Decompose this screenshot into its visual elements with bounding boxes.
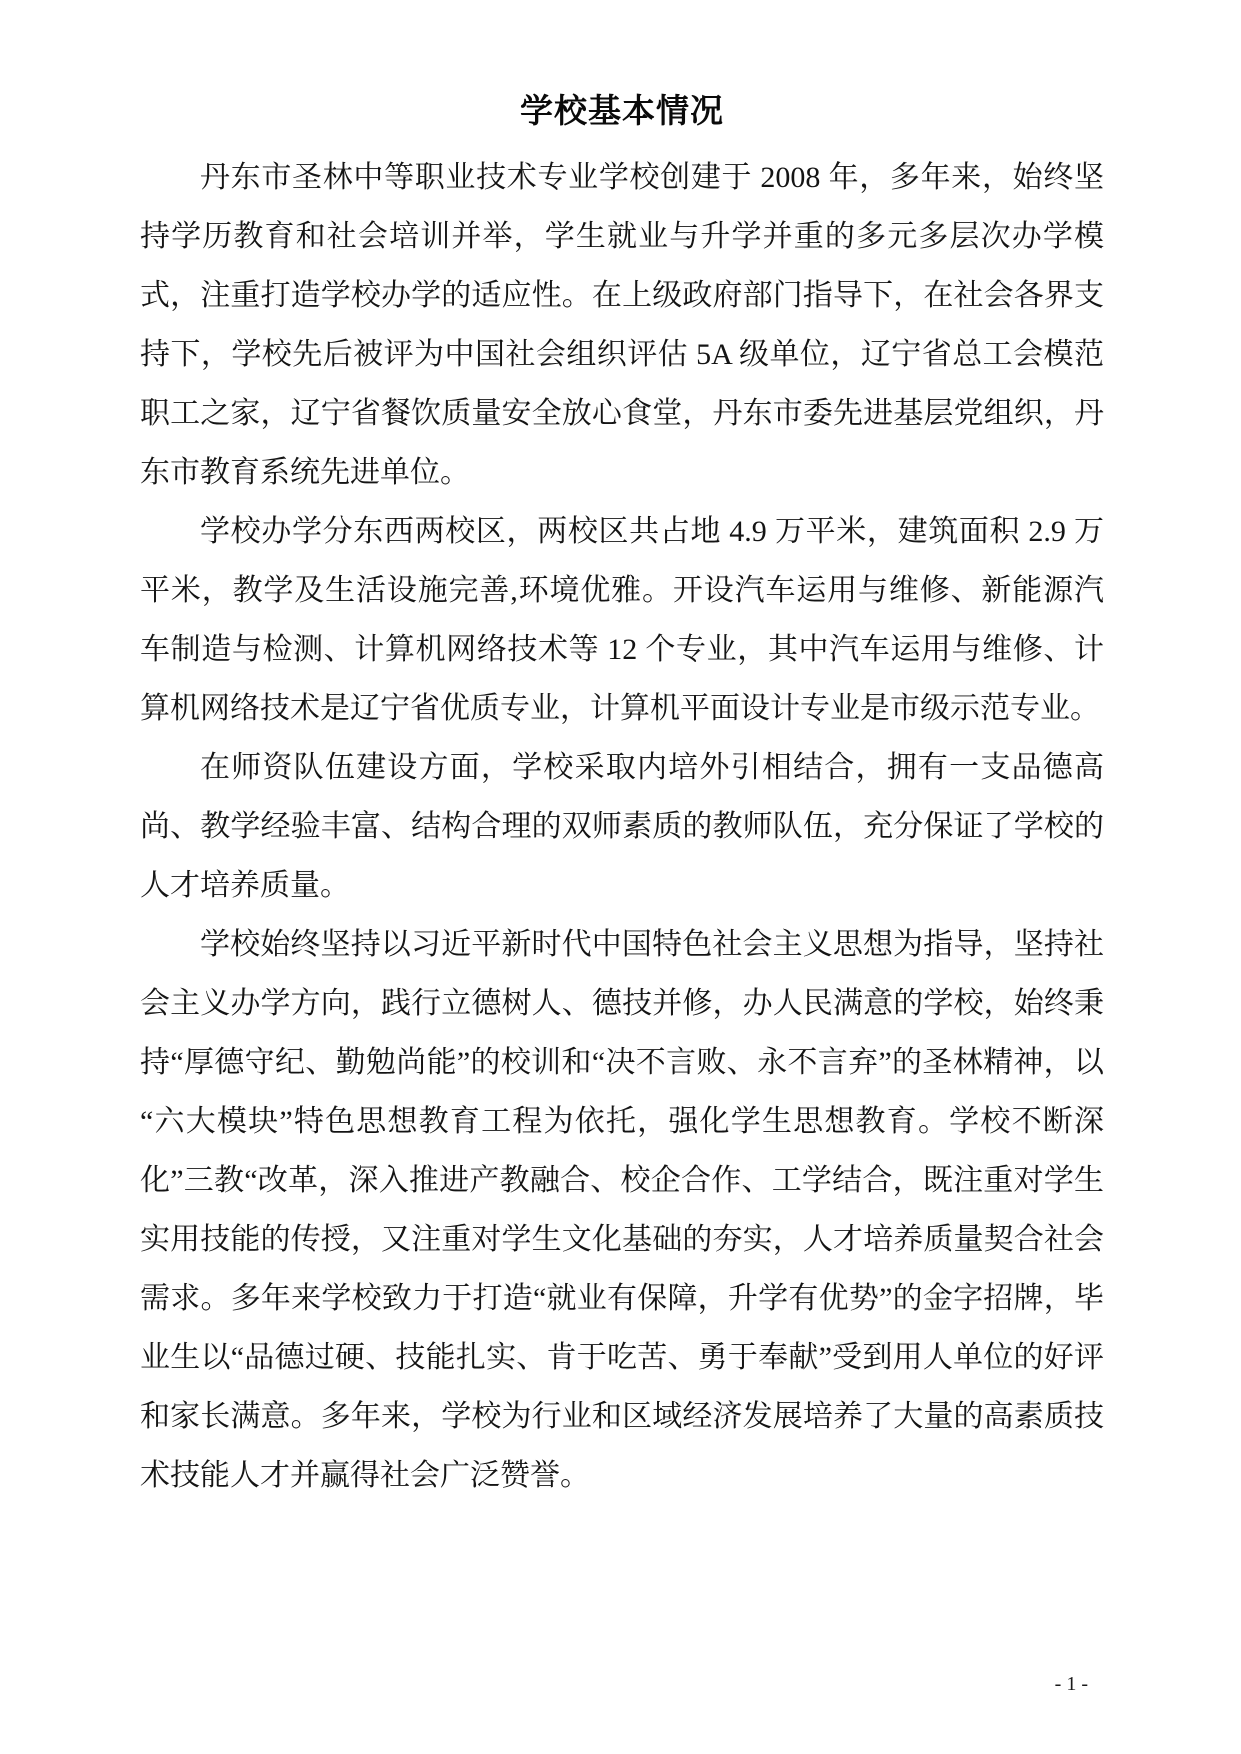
- page-number: - 1 -: [1055, 1672, 1088, 1696]
- paragraph-education-philosophy: 学校始终坚持以习近平新时代中国特色社会主义思想为指导，坚持社会主义办学方向，践行…: [140, 915, 1104, 1505]
- paragraph-campus-facilities: 学校办学分东西两校区，两校区共占地 4.9 万平米，建筑面积 2.9 万平米，教…: [140, 502, 1104, 738]
- paragraph-faculty: 在师资队伍建设方面，学校采取内培外引相结合，拥有一支品德高尚、教学经验丰富、结构…: [140, 738, 1104, 915]
- page-title: 学校基本情况: [140, 90, 1104, 132]
- document-body: 丹东市圣林中等职业技术专业学校创建于 2008 年，多年来，始终坚持学历教育和社…: [140, 148, 1104, 1505]
- paragraph-school-overview: 丹东市圣林中等职业技术专业学校创建于 2008 年，多年来，始终坚持学历教育和社…: [140, 148, 1104, 502]
- document-page: 学校基本情况 丹东市圣林中等职业技术专业学校创建于 2008 年，多年来，始终坚…: [0, 0, 1241, 1754]
- document-content: 学校基本情况 丹东市圣林中等职业技术专业学校创建于 2008 年，多年来，始终坚…: [140, 90, 1104, 1505]
